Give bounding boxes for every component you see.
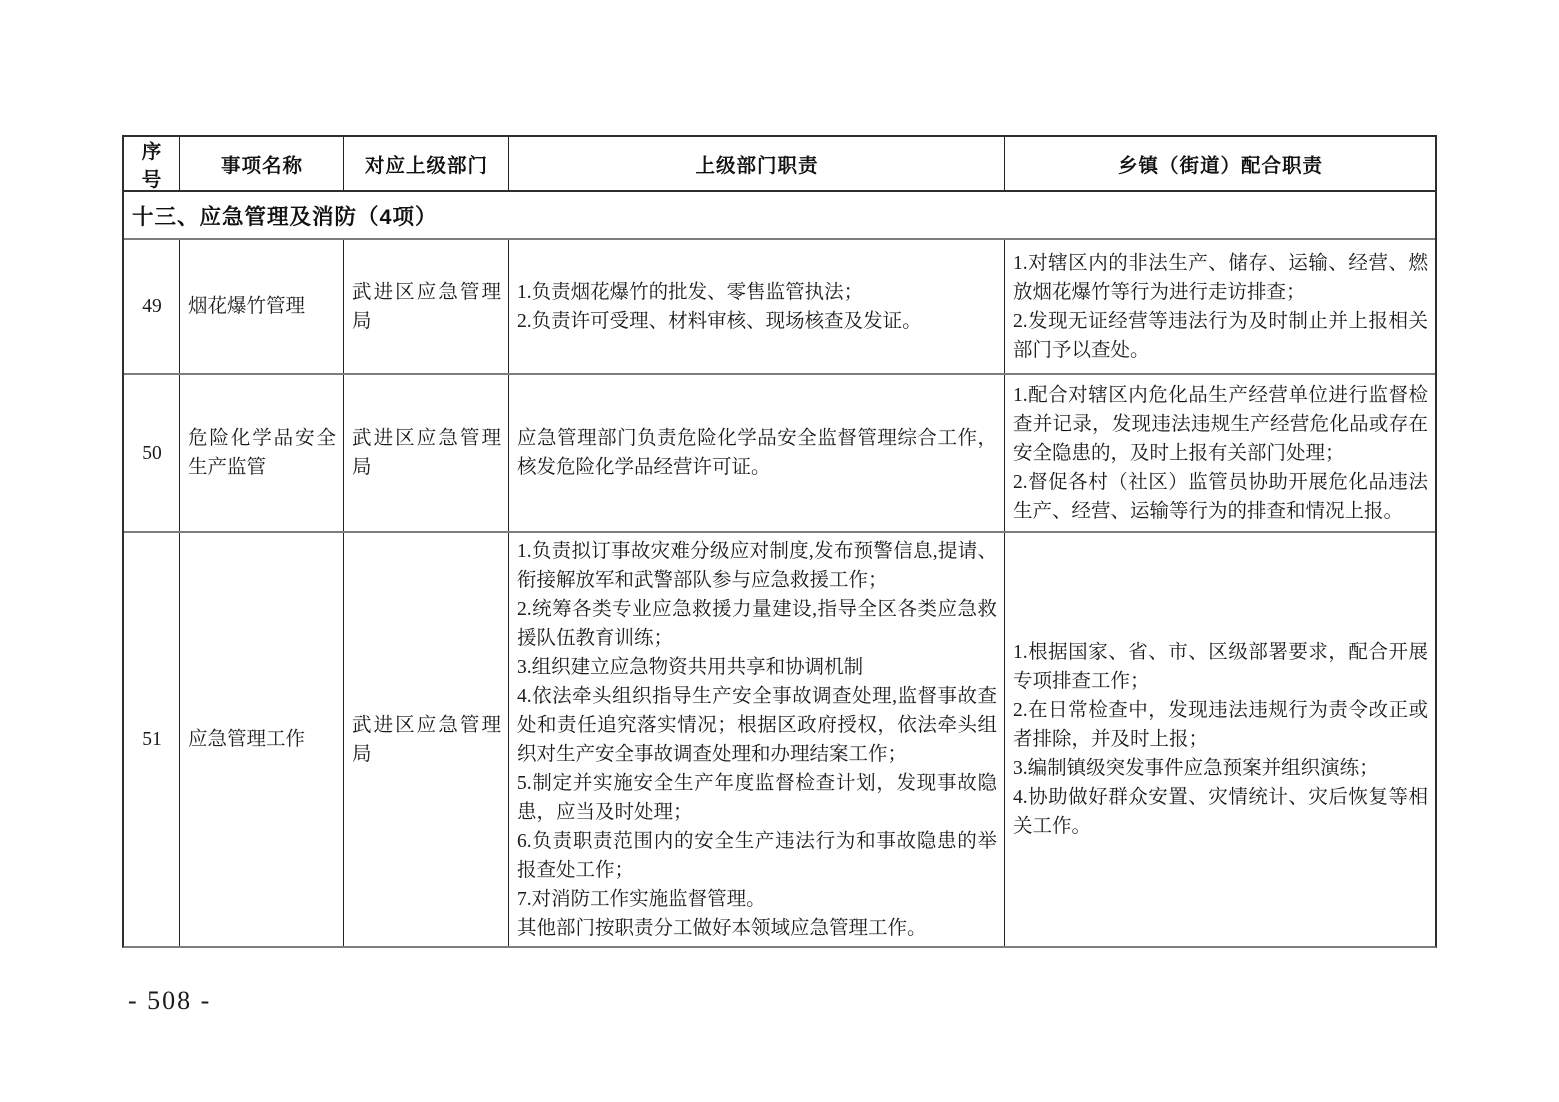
- header-cell-item-name: 事项名称: [180, 137, 344, 190]
- cell-item-name: 烟花爆竹管理: [180, 240, 344, 373]
- town-duty-text: 1.对辖区内的非法生产、储存、运输、经营、燃放烟花爆竹等行为进行走访排查； 2.…: [1013, 249, 1428, 365]
- superior-dept: 武进区应急管理局: [352, 278, 501, 336]
- cell-town-duty: 1.根据国家、省、市、区级部署要求，配合开展专项排查工作； 2.在日常检查中，发…: [1005, 533, 1435, 946]
- superior-duty-text: 1.负责拟订事故灾难分级应对制度,发布预警信息,提请、衔接解放军和武警部队参与应…: [517, 537, 997, 943]
- document-page: 序号 事项名称 对应上级部门 上级部门职责 乡镇（街道）配合职责 十三、应急管理…: [0, 0, 1559, 1102]
- serial-number: 51: [132, 725, 172, 754]
- header-cell-superior-dept: 对应上级部门: [344, 137, 509, 190]
- cell-town-duty: 1.配合对辖区内危化品生产经营单位进行监督检查并记录，发现违法违规生产经营危化品…: [1005, 375, 1435, 531]
- cell-item-name: 应急管理工作: [180, 533, 344, 946]
- header-cell-superior-duty: 上级部门职责: [509, 137, 1005, 190]
- item-name: 危险化学品安全生产监管: [188, 424, 336, 482]
- cell-superior-duty: 1.负责烟花爆竹的批发、零售监管执法； 2.负责许可受理、材料审核、现场核查及发…: [509, 240, 1005, 373]
- item-name: 应急管理工作: [188, 725, 336, 754]
- section-title: 十三、应急管理及消防（4项）: [124, 192, 1435, 238]
- cell-serial: 50: [124, 375, 180, 531]
- table-row: 49 烟花爆竹管理 武进区应急管理局 1.负责烟花爆竹的批发、零售监管执法； 2…: [124, 240, 1435, 375]
- cell-serial: 51: [124, 533, 180, 946]
- item-name: 烟花爆竹管理: [188, 292, 336, 321]
- superior-dept: 武进区应急管理局: [352, 711, 501, 769]
- cell-superior-duty: 应急管理部门负责危险化学品安全监督管理综合工作，核发危险化学品经营许可证。: [509, 375, 1005, 531]
- town-duty-text: 1.根据国家、省、市、区级部署要求，配合开展专项排查工作； 2.在日常检查中，发…: [1013, 638, 1428, 841]
- cell-superior-dept: 武进区应急管理局: [344, 375, 509, 531]
- header-cell-serial: 序号: [124, 137, 180, 190]
- superior-dept: 武进区应急管理局: [352, 424, 501, 482]
- cell-town-duty: 1.对辖区内的非法生产、储存、运输、经营、燃放烟花爆竹等行为进行走访排查； 2.…: [1005, 240, 1435, 373]
- cell-item-name: 危险化学品安全生产监管: [180, 375, 344, 531]
- header-cell-town-duty: 乡镇（街道）配合职责: [1005, 137, 1435, 190]
- superior-duty-text: 1.负责烟花爆竹的批发、零售监管执法； 2.负责许可受理、材料审核、现场核查及发…: [517, 278, 997, 336]
- serial-number: 49: [132, 292, 172, 321]
- table-header-row: 序号 事项名称 对应上级部门 上级部门职责 乡镇（街道）配合职责: [124, 137, 1435, 192]
- town-duty-text: 1.配合对辖区内危化品生产经营单位进行监督检查并记录，发现违法违规生产经营危化品…: [1013, 381, 1428, 526]
- cell-superior-duty: 1.负责拟订事故灾难分级应对制度,发布预警信息,提请、衔接解放军和武警部队参与应…: [509, 533, 1005, 946]
- serial-number: 50: [132, 439, 172, 468]
- section-row: 十三、应急管理及消防（4项）: [124, 192, 1435, 240]
- table-row: 50 危险化学品安全生产监管 武进区应急管理局 应急管理部门负责危险化学品安全监…: [124, 375, 1435, 533]
- superior-duty-text: 应急管理部门负责危险化学品安全监督管理综合工作，核发危险化学品经营许可证。: [517, 424, 997, 482]
- cell-superior-dept: 武进区应急管理局: [344, 240, 509, 373]
- cell-serial: 49: [124, 240, 180, 373]
- cell-superior-dept: 武进区应急管理局: [344, 533, 509, 946]
- table-row: 51 应急管理工作 武进区应急管理局 1.负责拟订事故灾难分级应对制度,发布预警…: [124, 533, 1435, 946]
- responsibility-table: 序号 事项名称 对应上级部门 上级部门职责 乡镇（街道）配合职责 十三、应急管理…: [122, 135, 1437, 948]
- page-number: - 508 -: [128, 986, 211, 1016]
